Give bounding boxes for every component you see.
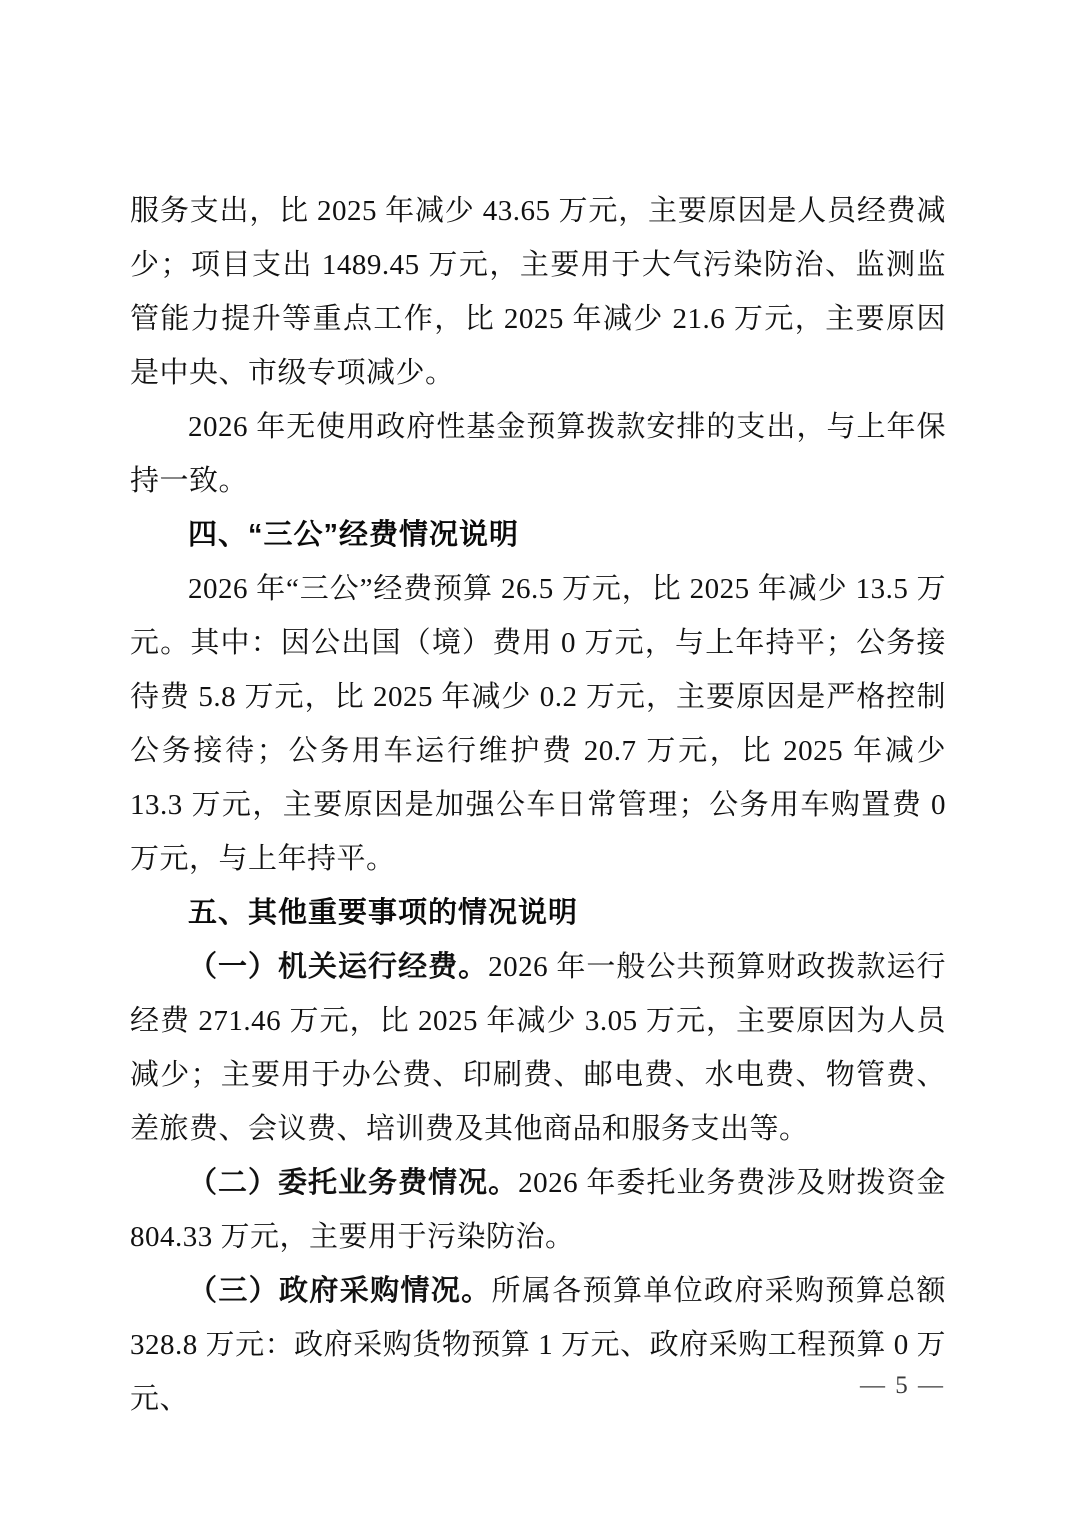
section-heading: 五、其他重要事项的情况说明 [130, 886, 946, 940]
paragraph: （三）政府采购情况。所属各预算单位政府采购预算总额 328.8 万元：政府采购货… [130, 1264, 946, 1426]
paragraph: 2026 年“三公”经费预算 26.5 万元，比 2025 年减少 13.5 万… [130, 562, 946, 886]
page-number: — 5 — [860, 1372, 945, 1400]
paragraph: （二）委托业务费情况。2026 年委托业务费涉及财拨资金 804.33 万元，主… [130, 1156, 946, 1264]
paragraph: （一）机关运行经费。2026 年一般公共预算财政拨款运行经费 271.46 万元… [130, 940, 946, 1156]
paragraph-lead: （一）机关运行经费。 [188, 951, 488, 983]
paragraph-lead: （二）委托业务费情况。 [188, 1167, 518, 1199]
document-page: 服务支出，比 2025 年减少 43.65 万元，主要原因是人员经费减少；项目支… [0, 0, 1074, 1520]
section-heading: 四、“三公”经费情况说明 [130, 508, 946, 562]
paragraph: 服务支出，比 2025 年减少 43.65 万元，主要原因是人员经费减少；项目支… [130, 184, 946, 400]
paragraph: 2026 年无使用政府性基金预算拨款安排的支出，与上年保持一致。 [130, 400, 946, 508]
paragraph-lead: （三）政府采购情况。 [188, 1275, 492, 1307]
document-body: 服务支出，比 2025 年减少 43.65 万元，主要原因是人员经费减少；项目支… [130, 184, 946, 1426]
